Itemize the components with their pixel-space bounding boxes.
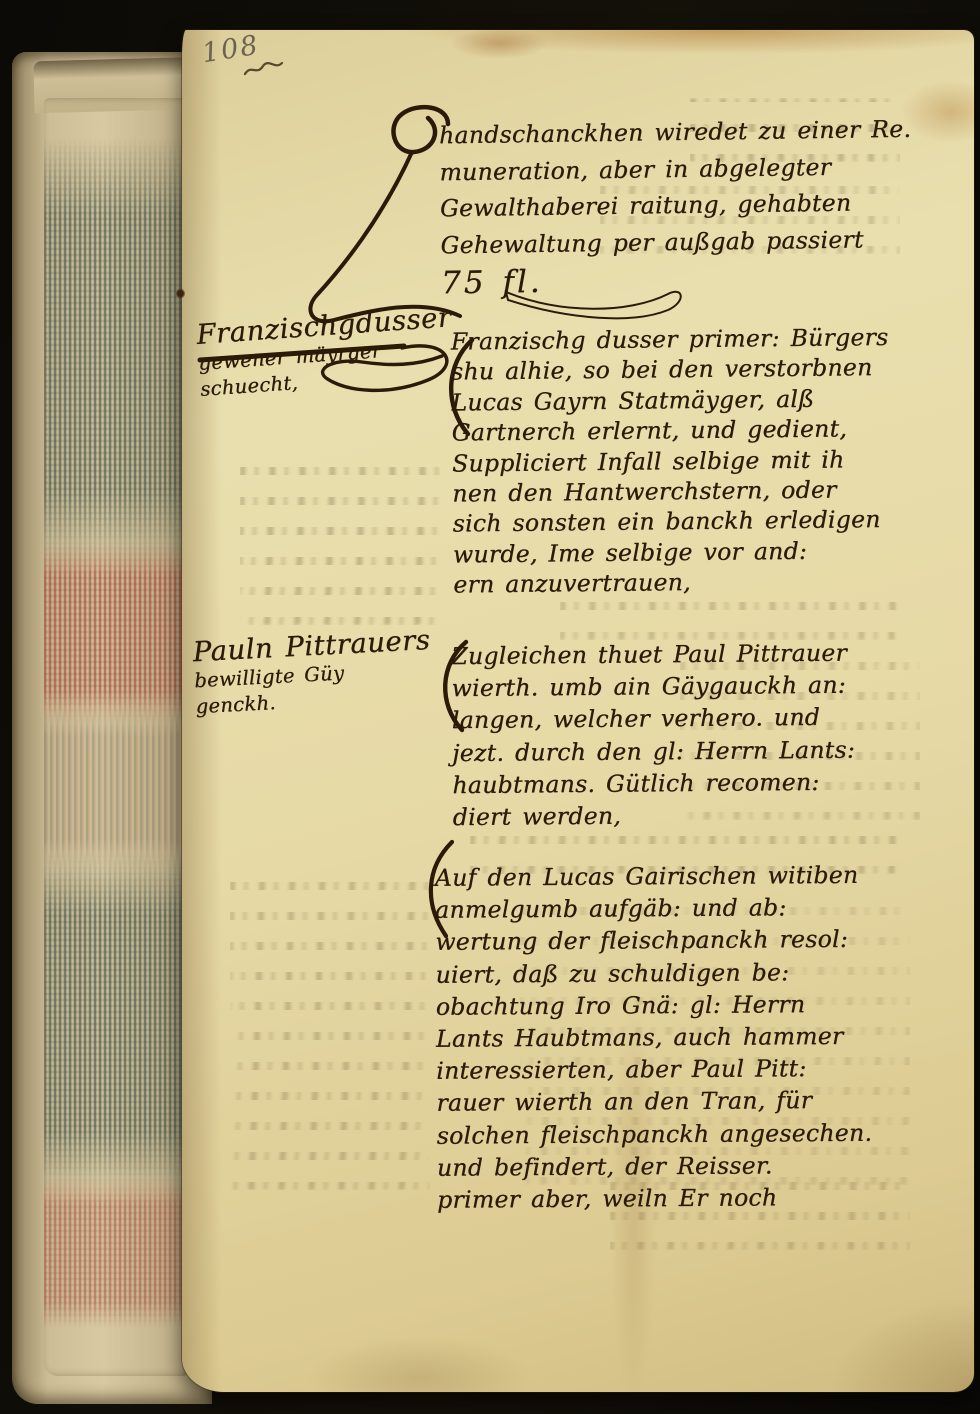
manuscript-scan: 108 handschanckhen wiredet zu einer Re.m… bbox=[0, 0, 980, 1414]
text-line: Suppliciert Infall selbige mit ih bbox=[452, 443, 932, 478]
text-line: Lucas Gayrn Statmäyger, alß bbox=[451, 382, 931, 417]
text-line: Zugleichen thuet Paul Pittrauer bbox=[451, 636, 931, 672]
text-line: Auf den Lucas Gairischen witiben bbox=[435, 858, 925, 894]
text-line: Lants Haubtmans, auch hammer bbox=[436, 1019, 926, 1055]
text-line: shu alhie, so bei den verstorbnen bbox=[451, 352, 931, 387]
text-line: Franzischg dusser primer: Bürgers bbox=[451, 321, 931, 356]
entry-1-body: handschanckhen wiredet zu einer Re.muner… bbox=[439, 111, 914, 304]
fore-edge-band-red bbox=[44, 543, 192, 723]
ink-blot bbox=[176, 288, 185, 299]
text-line: wertung der fleischpanckh resol: bbox=[435, 923, 925, 959]
fore-edge-band-red-bottom bbox=[44, 1178, 192, 1328]
fore-edge-band-teal-top bbox=[44, 138, 192, 568]
bleed-through-text bbox=[230, 860, 430, 1190]
margin-underline-flourish bbox=[196, 336, 468, 408]
text-line: Gartnerch erlernt, und gedient, bbox=[452, 413, 932, 448]
text-line: langen, welcher verhero. und bbox=[452, 700, 932, 736]
text-line: diert werden, bbox=[453, 797, 933, 833]
bleed-through-text bbox=[240, 455, 440, 625]
margin-note-pittrauer: Pauln Pittrauersbewilligte Güygenckh. bbox=[192, 624, 434, 720]
text-line: haubtmans. Gütlich recomen: bbox=[452, 765, 932, 801]
text-line: rauer wierth an den Tran, für bbox=[436, 1084, 926, 1120]
text-line: wierth. umb ain Gäygauckh an: bbox=[451, 668, 931, 704]
text-line: nen den Hantwerchstern, oder bbox=[452, 474, 932, 509]
fore-edge-band-teal-bottom bbox=[44, 853, 192, 1193]
book-fore-edge bbox=[44, 98, 192, 1376]
text-line: ern anzuvertrauen, bbox=[453, 565, 933, 600]
folio-smudge-mark bbox=[242, 56, 286, 82]
entry-2-body: Franzischg dusser primer: Bürgersshu alh… bbox=[451, 321, 934, 600]
text-line: anmelgumb aufgäb: und ab: bbox=[435, 890, 925, 926]
text-line: Gewalthaberei raitung, gehabten bbox=[440, 184, 913, 227]
text-line: jezt. durch den gl: Herrn Lants: bbox=[452, 733, 932, 769]
text-line: handschanckhen wiredet zu einer Re. bbox=[439, 111, 912, 154]
entry-4-body: Auf den Lucas Gairischen witibenanmelgum… bbox=[435, 858, 927, 1216]
text-line: uiert, daß zu schuldigen be: bbox=[435, 955, 925, 991]
text-line: wurde, Ime selbige vor and: bbox=[453, 534, 933, 569]
text-line: solchen fleischpanckh angesechen. bbox=[437, 1116, 927, 1152]
text-line: primer aber, weiln Er noch bbox=[437, 1180, 927, 1216]
entry-3-body: Zugleichen thuet Paul Pittrauerwierth. u… bbox=[451, 636, 933, 833]
text-line: sich sonsten ein banckh erledigen bbox=[452, 504, 932, 539]
text-line: interessierten, aber Paul Pitt: bbox=[436, 1052, 926, 1088]
fore-edge-band-mixed bbox=[44, 708, 192, 868]
text-line: und befindert, der Reisser. bbox=[437, 1148, 927, 1184]
amount-underline-flourish bbox=[500, 276, 690, 324]
text-line: obachtung Iro Gnä: gl: Herrn bbox=[436, 987, 926, 1023]
text-line: Gehewaltung per außgab passiert bbox=[440, 220, 913, 263]
